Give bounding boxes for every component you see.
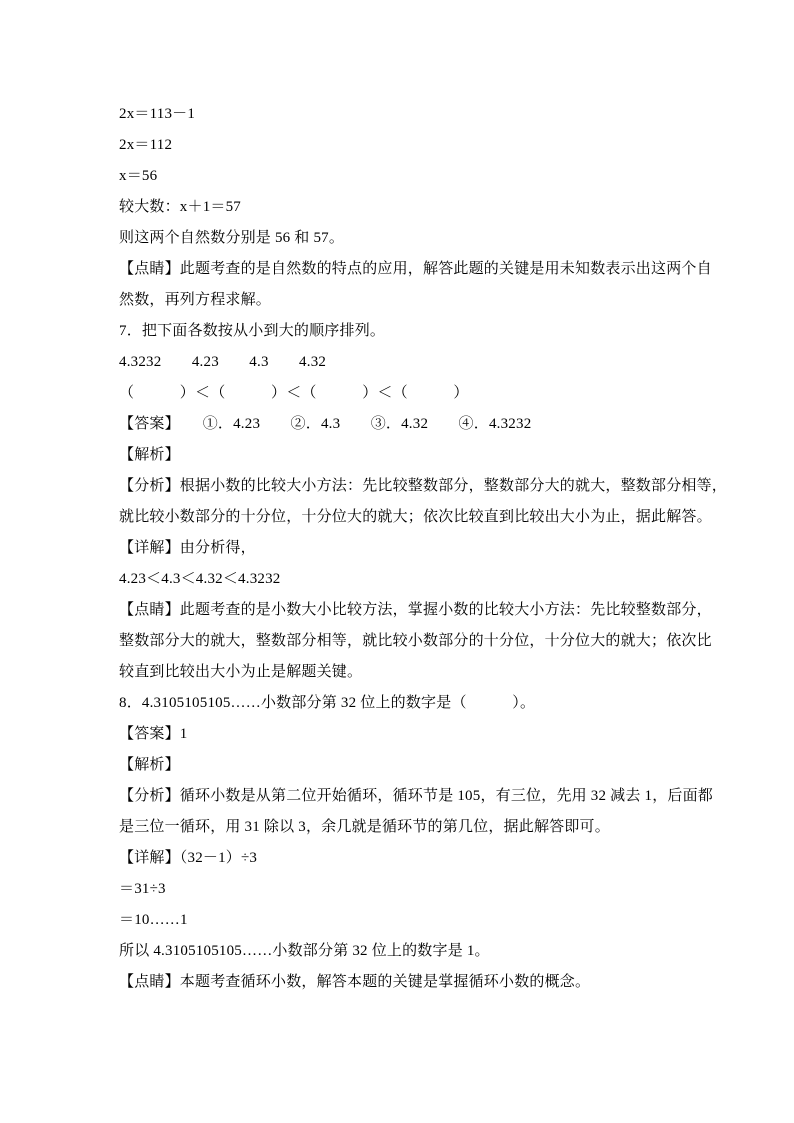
- doc-line: ＝10……1: [119, 905, 734, 936]
- doc-line: 4.23＜4.3＜4.32＜4.3232: [119, 564, 734, 595]
- doc-line: 【解析】: [119, 750, 734, 781]
- doc-line: 【分析】循环小数是从第二位开始循环，循环节是 105，有三位，先用 32 减去 …: [119, 781, 734, 812]
- document-body: 2x＝113－12x＝112x＝56较大数：x＋1＝57则这两个自然数分别是 5…: [119, 99, 734, 998]
- doc-line: （ ）＜（ ）＜（ ）＜（ ）: [119, 378, 734, 409]
- doc-line: 【分析】根据小数的比较大小方法：先比较整数部分，整数部分大的就大，整数部分相等，: [119, 471, 734, 502]
- doc-line: 较大数：x＋1＝57: [119, 192, 734, 223]
- doc-line: 【点睛】此题考查的是小数大小比较方法，掌握小数的比较大小方法：先比较整数部分，: [119, 595, 734, 626]
- doc-line: 【详解】（32－1）÷3: [119, 843, 734, 874]
- doc-line: 2x＝113－1: [119, 99, 734, 130]
- doc-line: 是三位一循环，用 31 除以 3，余几就是循环节的第几位，据此解答即可。: [119, 812, 734, 843]
- doc-line: 就比较小数部分的十分位，十分位大的就大；依次比较直到比较出大小为止，据此解答。: [119, 502, 734, 533]
- doc-line: 整数部分大的就大，整数部分相等，就比较小数部分的十分位，十分位大的就大；依次比: [119, 626, 734, 657]
- doc-line: 所以 4.3105105105……小数部分第 32 位上的数字是 1。: [119, 936, 734, 967]
- document-page: 2x＝113－12x＝112x＝56较大数：x＋1＝57则这两个自然数分别是 5…: [0, 0, 794, 1123]
- doc-line: 然数，再列方程求解。: [119, 285, 734, 316]
- doc-line: 7．把下面各数按从小到大的顺序排列。: [119, 316, 734, 347]
- doc-line: 8．4.3105105105……小数部分第 32 位上的数字是（ ）。: [119, 688, 734, 719]
- doc-line: 则这两个自然数分别是 56 和 57。: [119, 223, 734, 254]
- doc-line: 【解析】: [119, 440, 734, 471]
- doc-line: 【点睛】本题考查循环小数，解答本题的关键是掌握循环小数的概念。: [119, 967, 734, 998]
- doc-line: x＝56: [119, 161, 734, 192]
- doc-line: 较直到比较出大小为止是解题关键。: [119, 657, 734, 688]
- doc-line: 2x＝112: [119, 130, 734, 161]
- doc-line: 4.3232 4.23 4.3 4.32: [119, 347, 734, 378]
- doc-line: 【答案】 ①．4.23 ②．4.3 ③．4.32 ④．4.3232: [119, 409, 734, 440]
- doc-line: 【详解】由分析得，: [119, 533, 734, 564]
- doc-line: 【答案】1: [119, 719, 734, 750]
- doc-line: ＝31÷3: [119, 874, 734, 905]
- doc-line: 【点睛】此题考查的是自然数的特点的应用，解答此题的关键是用未知数表示出这两个自: [119, 254, 734, 285]
